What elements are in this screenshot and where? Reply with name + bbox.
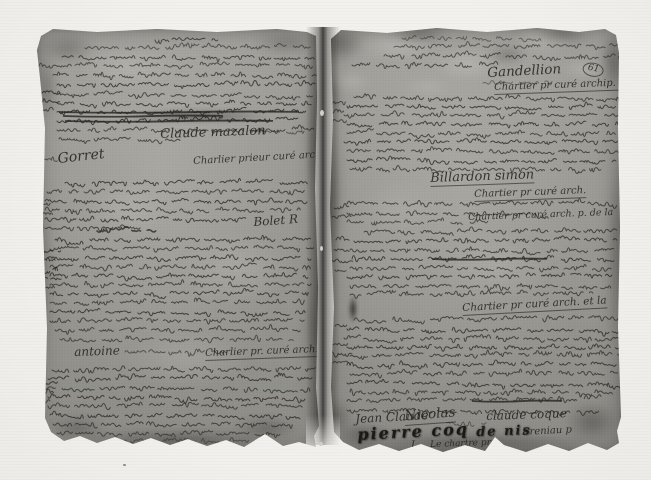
paper-stain bbox=[372, 27, 462, 47]
signature-text: Charlier prieur curé arch. bbox=[193, 150, 319, 167]
signature-text: Charlier pr. curé arch. bbox=[205, 345, 319, 361]
paper-stain bbox=[500, 27, 584, 59]
manuscript-page-right: Gandellion61Chartier pr curé archip. b.B… bbox=[327, 27, 622, 452]
paper-stain bbox=[67, 168, 187, 248]
signature-text: Chartier pr curé arch. et la bbox=[462, 295, 607, 315]
strikethrough-line bbox=[472, 401, 562, 402]
strikethrough-line bbox=[59, 112, 299, 113]
signature-text: Le chartre pr bbox=[430, 439, 491, 450]
signature-text: Gandellion bbox=[487, 63, 562, 80]
signature-text: L. bbox=[411, 441, 421, 451]
signature-text: Chartier pr curé archip. b. bbox=[494, 78, 622, 95]
signature-text: antoine bbox=[74, 344, 120, 358]
gutter-speck bbox=[320, 246, 323, 251]
paper-stain bbox=[57, 38, 197, 98]
paper-stain bbox=[327, 67, 342, 127]
paper-stain bbox=[37, 28, 107, 70]
paper-stain bbox=[554, 394, 622, 450]
strikethrough-line bbox=[65, 121, 273, 122]
paper-stain bbox=[522, 27, 602, 47]
gutter-speck bbox=[319, 442, 323, 446]
manuscript-scan: Claude mazalonGorretCharlier prieur curé… bbox=[0, 0, 651, 480]
paper-stain bbox=[347, 291, 359, 327]
strikethrough-line bbox=[432, 259, 547, 260]
signature-text: claude coque bbox=[486, 407, 567, 422]
paper-stain bbox=[37, 48, 61, 128]
paper-stain bbox=[37, 426, 317, 451]
paper-stain bbox=[342, 27, 452, 67]
paper-stain bbox=[327, 66, 380, 98]
gutter-speck bbox=[320, 110, 324, 116]
signature-text: Breniau p bbox=[522, 425, 572, 438]
paper-stain bbox=[327, 27, 374, 71]
signature-text: Billardon simon bbox=[430, 168, 534, 187]
paper-stain bbox=[603, 107, 622, 387]
paper-stain bbox=[37, 158, 52, 398]
signature-text: Gorret bbox=[57, 147, 105, 166]
signature-text: 61 bbox=[582, 61, 606, 79]
signature-text: Chartier pr curé arch. p. de la bbox=[468, 208, 613, 223]
paper-stain bbox=[392, 75, 462, 99]
manuscript-page-left: Claude mazalonGorretCharlier prieur curé… bbox=[37, 28, 319, 451]
signature-text: Claude mazalon bbox=[160, 124, 266, 141]
paper-stain bbox=[242, 28, 319, 61]
signature-text: Chartier pr curé arch. bbox=[474, 186, 587, 202]
paper-stain bbox=[301, 268, 319, 388]
paper-stain bbox=[37, 410, 117, 446]
paper-stain bbox=[301, 58, 319, 238]
strikethrough-line bbox=[63, 116, 223, 117]
paper-stain bbox=[157, 218, 317, 318]
paper-stain bbox=[222, 412, 312, 444]
handwriting-lines bbox=[37, 28, 319, 451]
signature-text: Bolet R bbox=[253, 213, 298, 228]
dust-speck bbox=[123, 464, 126, 466]
paper-stain bbox=[327, 107, 345, 287]
